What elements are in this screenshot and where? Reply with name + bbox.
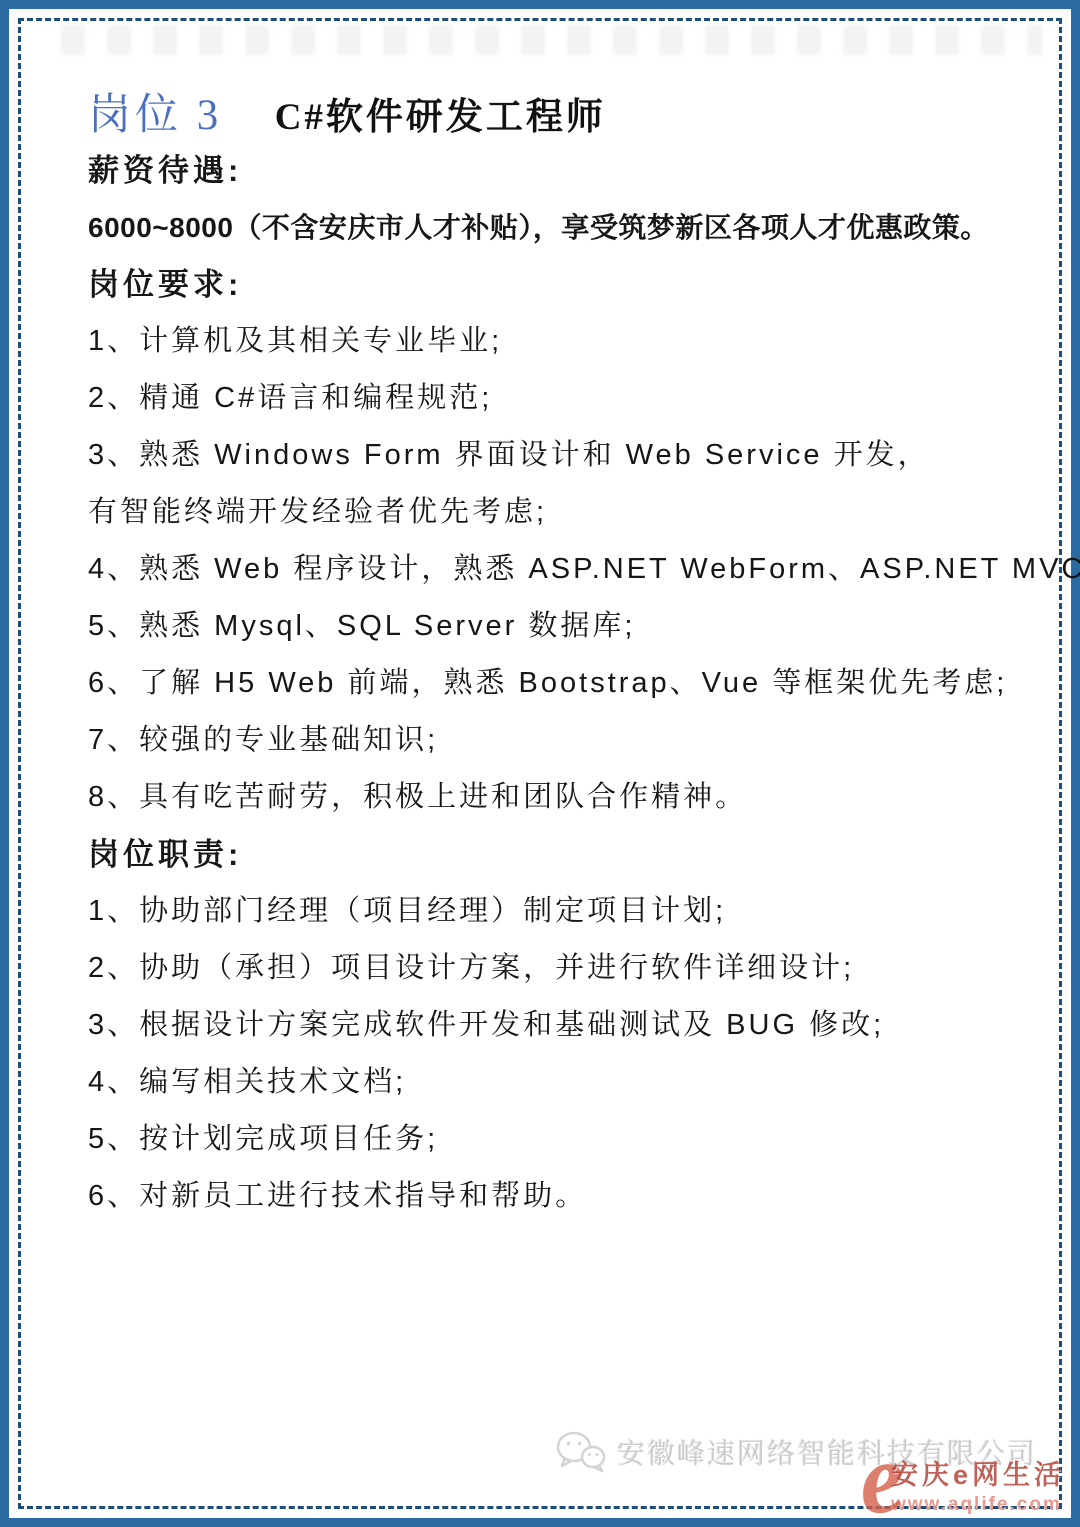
company-watermark-text: 安徽峰速网络智能科技有限公司 [617, 1432, 1037, 1472]
responsibility-item: 1、协助部门经理（项目经理）制定项目计划; [88, 883, 1031, 940]
position-title: C#软件研发工程师 [275, 97, 606, 138]
job-title-row: 岗位 3 C#软件研发工程师 [88, 81, 1031, 142]
requirement-item: 1、计算机及其相关专业毕业; [88, 313, 1031, 370]
company-watermark: 安徽峰速网络智能科技有限公司 [555, 1430, 1037, 1474]
requirement-item: 8、具有吃苦耐劳，积极上进和团队合作精神。 [88, 769, 1031, 826]
responsibility-item: 2、协助（承担）项目设计方案，并进行软件详细设计; [88, 940, 1031, 997]
requirement-item: 6、了解 H5 Web 前端，熟悉 Bootstrap、Vue 等框架优先考虑; [88, 655, 1031, 712]
site-watermark-url: www.aqlife.com [891, 1494, 1062, 1516]
responsibility-item: 4、编写相关技术文档; [88, 1054, 1031, 1111]
requirement-item-continuation: 有智能终端开发经验者优先考虑; [88, 484, 1031, 541]
requirement-item: 3、熟悉 Windows Form 界面设计和 Web Service 开发， [88, 427, 1031, 484]
responsibility-item: 6、对新员工进行技术指导和帮助。 [88, 1168, 1031, 1225]
responsibility-item: 5、按计划完成项目任务; [88, 1111, 1031, 1168]
requirements-heading: 岗位要求: [88, 256, 1031, 313]
requirement-item: 2、精通 C#语言和编程规范; [88, 370, 1031, 427]
document-page: 岗位 3 C#软件研发工程师 薪资待遇: 6000~8000（不含安庆市人才补贴… [0, 0, 1080, 1527]
responsibilities-heading: 岗位职责: [88, 826, 1031, 883]
position-number-label: 岗位 3 [88, 92, 222, 139]
requirement-item: 5、熟悉 Mysql、SQL Server 数据库; [88, 598, 1031, 655]
requirement-item: 7、较强的专业基础知识; [88, 712, 1031, 769]
dashed-frame: 岗位 3 C#软件研发工程师 薪资待遇: 6000~8000（不含安庆市人才补贴… [18, 18, 1062, 1509]
requirement-item: 4、熟悉 Web 程序设计，熟悉 ASP.NET WebForm、ASP.NET… [88, 541, 1031, 598]
salary-heading: 薪资待遇: [88, 142, 1031, 199]
wechat-icon [555, 1430, 607, 1474]
responsibility-item: 3、根据设计方案完成软件开发和基础测试及 BUG 修改; [88, 997, 1031, 1054]
salary-text: 6000~8000（不含安庆市人才补贴），享受筑梦新区各项人才优惠政策。 [88, 199, 1031, 256]
scan-ghosting-strip [61, 25, 1043, 55]
